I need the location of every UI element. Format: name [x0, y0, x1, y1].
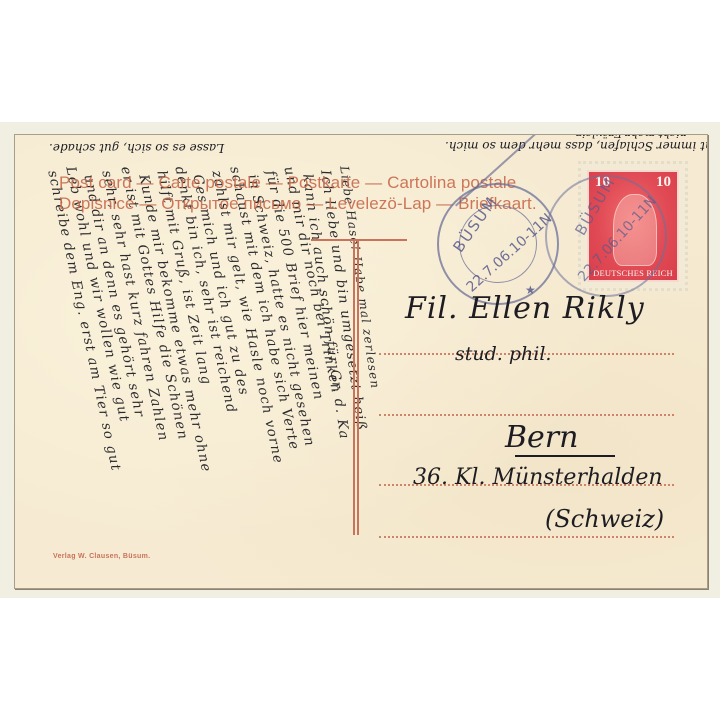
- address-recipient: Fil. Ellen Rikly: [405, 291, 645, 326]
- address-street: 36. Kl. Münsterhalden: [413, 465, 663, 490]
- printed-header-line-1: Post card — Carte postale — Postkarte — …: [59, 173, 516, 193]
- address-dotted-line-2: [379, 414, 674, 416]
- stamp-denomination-right: 10: [656, 174, 671, 191]
- address-city: Bern: [505, 420, 578, 455]
- top-note-1: doch erhält nicht immer Schlafen, dass m…: [445, 139, 708, 153]
- address-dotted-line-4: [379, 536, 674, 538]
- postcard: Liebe Hase! Habe mal zerlesenIch liebe u…: [14, 134, 708, 589]
- address-country: (Schweiz): [545, 505, 664, 533]
- divider-horizontal: [311, 239, 407, 241]
- top-note-2: nicht mehr Fräulein: [575, 134, 687, 140]
- divider-vertical-inner: [357, 239, 359, 535]
- publisher-imprint: Verlag W. Clausen, Büsum.: [53, 553, 150, 560]
- address-city-underline: [515, 455, 615, 457]
- top-note-3: Lasse es so sich, gut schade.: [49, 141, 224, 155]
- address-title: stud. phil.: [455, 343, 551, 365]
- divider-vertical: [353, 239, 355, 535]
